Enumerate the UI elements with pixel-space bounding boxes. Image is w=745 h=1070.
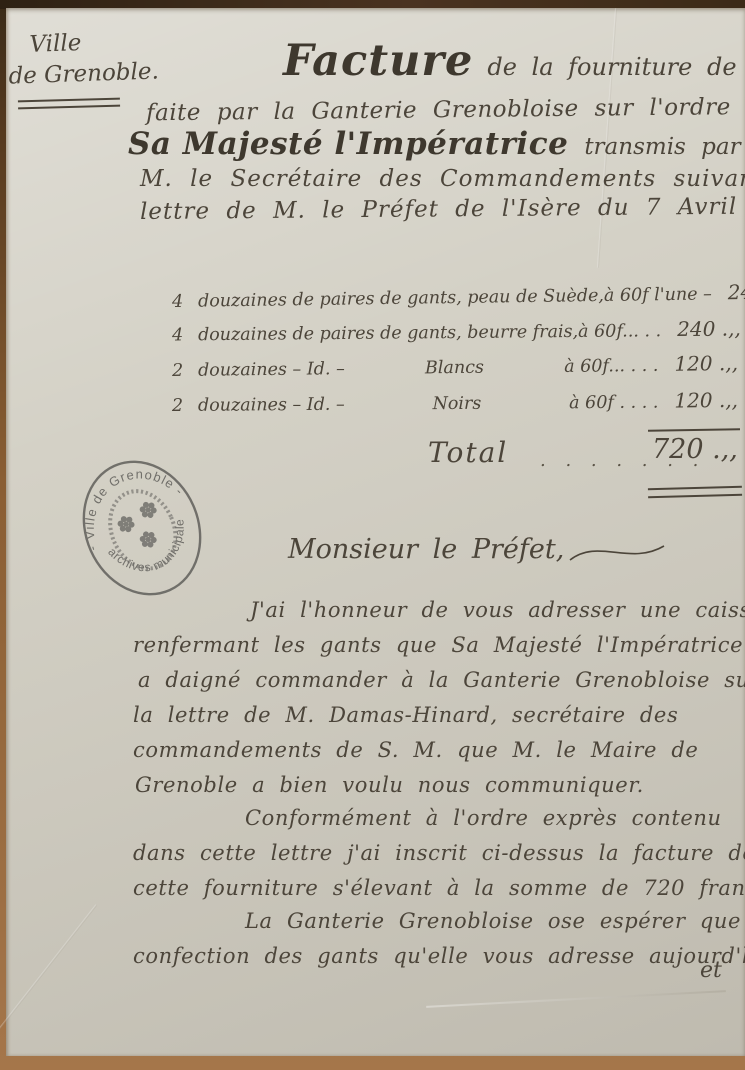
item-rate: à 60f... . . bbox=[578, 321, 661, 342]
item-description: douzaines – Id. – bbox=[198, 395, 345, 416]
paper-crease bbox=[426, 990, 726, 1008]
item-rate: à 60f . . . . bbox=[569, 393, 658, 414]
item-description: douzaines – Id. – bbox=[198, 359, 345, 381]
letter-body-line: renfermant les gants que Sa Majesté l'Im… bbox=[133, 633, 743, 657]
document-title-line3: Sa Majesté l'Impératrice transmis par bbox=[128, 126, 741, 162]
stamp-rosettes bbox=[114, 499, 170, 556]
letter-salutation: Monsieur le Préfet, bbox=[288, 534, 564, 565]
item-amount: 120 .,, bbox=[674, 388, 738, 412]
item-qty: 2 bbox=[172, 361, 198, 381]
total-amount: 720 .,, bbox=[652, 434, 738, 465]
letter-body-line: La Ganterie Grenobloise ose espérer que … bbox=[245, 909, 745, 933]
corner-note-line1: Ville bbox=[29, 25, 158, 60]
scanned-document: Ville de Grenoble. Facture de la fournit… bbox=[0, 0, 745, 1070]
item-description: douzaines de paires de gants, beurre fra… bbox=[198, 322, 578, 345]
letter-body-line: a daigné commander à la Ganterie Grenobl… bbox=[138, 668, 745, 692]
title-imperatrice-emphasis: Sa Majesté l'Impératrice bbox=[128, 126, 568, 162]
item-amount: 240 .,, bbox=[677, 317, 741, 342]
letter-body-line: dans cette lettre j'ai inscrit ci-dessus… bbox=[133, 841, 745, 865]
title-word-facture: Facture bbox=[283, 36, 473, 86]
paper-crease bbox=[0, 904, 97, 1031]
item-qty: 2 bbox=[172, 396, 198, 416]
item-qty: 4 bbox=[172, 325, 198, 345]
letter-body-line: Conformément à l'ordre exprès contenu bbox=[245, 806, 722, 830]
corner-note: Ville de Grenoble. bbox=[7, 25, 159, 92]
item-amount: 240f ,, bbox=[728, 279, 745, 304]
catchword-et: et bbox=[700, 958, 722, 983]
document-title-line5: lettre de M. le Préfet de l'Isère du 7 A… bbox=[140, 193, 745, 225]
corner-note-line2: de Grenoble. bbox=[8, 56, 159, 92]
item-rate: à 60f... . . . bbox=[564, 356, 658, 377]
total-label: Total bbox=[428, 436, 508, 469]
salutation-flourish bbox=[568, 536, 668, 570]
invoice-item-row: 2 douzaines – Id. – Noirs à 60f . . . . … bbox=[172, 388, 738, 416]
letter-body-line: Grenoble a bien voulu nous communiquer. bbox=[135, 773, 644, 797]
letter-body-line: confection des gants qu'elle vous adress… bbox=[133, 944, 745, 968]
item-variant: Noirs bbox=[345, 393, 570, 415]
letter-body-line: la lettre de M. Damas-Hinard, secrétaire… bbox=[133, 703, 678, 727]
item-variant: Blancs bbox=[345, 357, 565, 379]
title-line3-rest: transmis par bbox=[584, 134, 740, 160]
letter-body-line: commandements de S. M. que M. le Maire d… bbox=[133, 738, 698, 762]
invoice-item-row: 4 douzaines de paires de gants, beurre f… bbox=[172, 317, 738, 346]
item-rate: à 60f l'une – bbox=[604, 284, 712, 306]
title-line1-rest: de la fourniture de Gants bbox=[487, 53, 745, 81]
item-qty: 4 bbox=[172, 292, 198, 312]
item-amount: 120 .,, bbox=[674, 351, 738, 376]
letter-body-line: J'ai l'honneur de vous adresser une cais… bbox=[250, 598, 745, 622]
document-title-line1: Facture de la fourniture de Gants bbox=[283, 36, 745, 86]
document-title-line4: M. le Secrétaire des Commandements suiva… bbox=[140, 166, 745, 192]
archive-stamp: - Ville de Grenoble - archives municipal… bbox=[52, 438, 232, 618]
letter-body-line: cette fourniture s'élevant à la somme de… bbox=[133, 876, 745, 900]
